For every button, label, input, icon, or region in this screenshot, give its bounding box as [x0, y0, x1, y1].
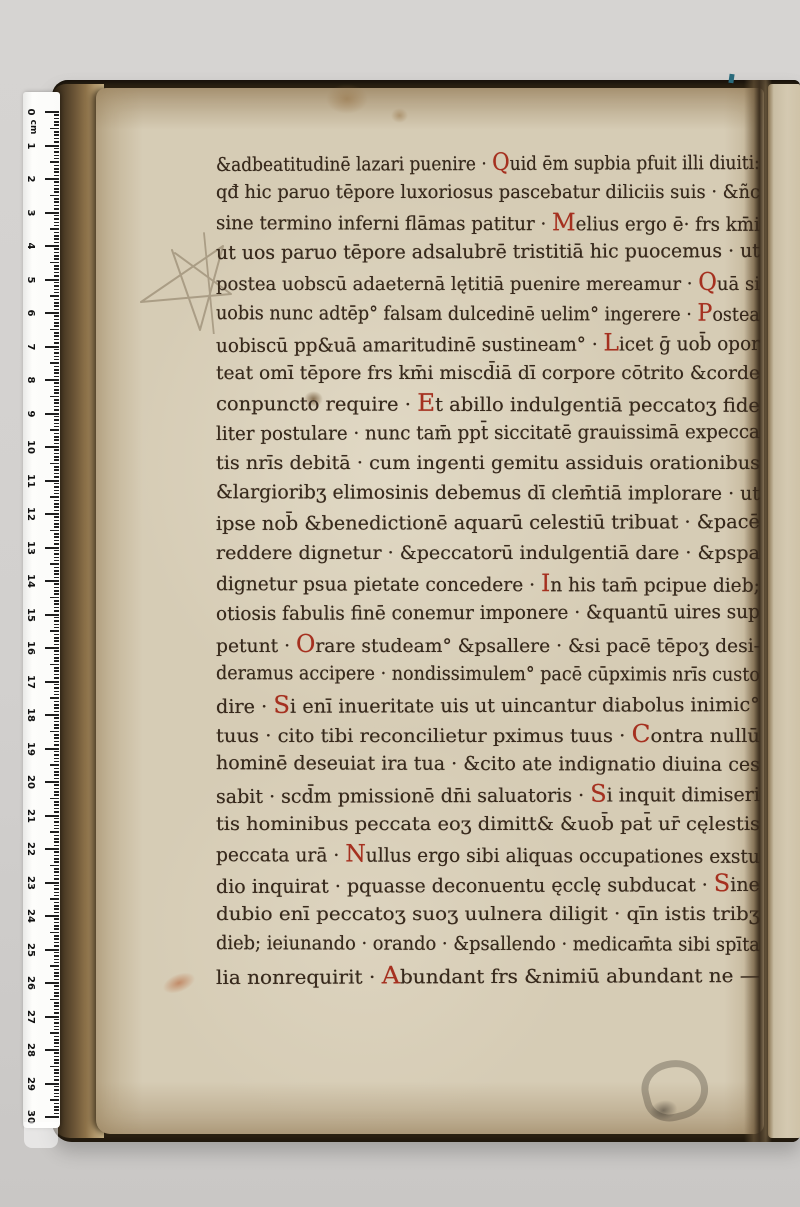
ruler-tick: [54, 155, 60, 157]
ruler-tick: [50, 731, 59, 733]
ink-text: ine: [730, 874, 760, 896]
ruler-tick: [54, 570, 60, 572]
ruler-tick: [54, 248, 60, 250]
ruler-number: 28: [24, 1043, 38, 1057]
ink-text: conpuncto require ·: [216, 393, 417, 416]
ink-text: icet ḡ uob̄ opor: [619, 333, 760, 356]
manuscript-line: liter postulare · nunc tam̄ ppt̄ siccita…: [216, 417, 760, 449]
ink-text: tis hominibus peccata eoʒ dimitt& &uob̄ …: [216, 813, 760, 835]
ruler-tick: [54, 908, 60, 910]
ruler-tick: [54, 168, 60, 170]
ruler-number: 8: [24, 373, 38, 387]
ruler-tick: [54, 1113, 60, 1115]
ruler-tick: [54, 540, 60, 542]
ruler-tick: [50, 999, 59, 1001]
rubric-initial: L: [603, 328, 619, 356]
ruler-number: 24: [24, 909, 38, 923]
ruler-tick: [54, 218, 60, 220]
ruler-tick: [54, 302, 60, 304]
ruler-tick: [50, 697, 59, 699]
ruler-tick: [54, 684, 60, 686]
ruler-tick: [54, 382, 60, 384]
ruler-tick: [54, 416, 60, 418]
ruler-tick: [54, 761, 60, 763]
ruler-tick: [54, 1086, 60, 1088]
ruler-tick: [54, 289, 60, 291]
ruler-tick: [54, 593, 60, 595]
ruler-tick: [54, 791, 60, 793]
ink-text: ipse nob̄ &benedictionē aquarū celestiū …: [216, 511, 760, 535]
ruler-tick: [45, 748, 59, 750]
ruler-tick: [54, 875, 60, 877]
ruler-tick: [54, 299, 60, 301]
ruler-tick: [54, 510, 60, 512]
ruler-tick: [54, 979, 60, 981]
ruler-tick: [54, 959, 60, 961]
ruler-tick: [54, 892, 60, 894]
ruler-tick: [54, 654, 60, 656]
ruler-number: 17: [24, 675, 38, 689]
ruler-tick: [54, 657, 60, 659]
ruler-tick: [54, 386, 60, 388]
rubric-initial: S: [273, 690, 290, 718]
ruler-tick: [54, 205, 60, 207]
ruler-tick: [54, 811, 60, 813]
ruler-tick: [45, 245, 59, 247]
rubric-initial: I: [541, 569, 550, 597]
rubric-initial: P: [697, 299, 712, 327]
ruler-tick: [50, 597, 59, 599]
ruler-number: 2: [24, 172, 38, 186]
ruler-tick: [54, 644, 60, 646]
ink-text: sabit · scd̄m pmissionē dn̄i saluatoris …: [216, 785, 590, 808]
ink-text: deramus accipere · nondissimulem° pacē c…: [216, 662, 760, 686]
ink-text: ullus ergo sibi aliquas occupationes exs…: [366, 845, 760, 868]
ruler-tick: [54, 466, 60, 468]
ink-text: petunt ·: [216, 635, 296, 657]
ruler-tick: [54, 918, 60, 920]
ruler-tick: [54, 339, 60, 341]
ruler-tick: [54, 285, 60, 287]
ruler-tick: [54, 768, 60, 770]
ruler-tick: [54, 282, 60, 284]
ruler-tick: [54, 449, 60, 451]
ruler-tick: [54, 985, 60, 987]
ruler-tick: [54, 439, 60, 441]
ruler-tick: [54, 352, 60, 354]
ruler-tick: [54, 473, 60, 475]
rubric-initial: O: [296, 630, 315, 658]
ruler-tick: [54, 771, 60, 773]
ruler-tick: [45, 982, 59, 984]
ink-text: &largioribʒ elimosinis debemus dī clem̄t…: [216, 481, 760, 505]
ruler-tick: [54, 1062, 60, 1064]
ruler-tick: [50, 496, 59, 498]
ruler-tick: [54, 131, 60, 133]
ruler-tick: [50, 530, 59, 532]
ink-text: hominē deseuiat ira tua · &cito ate indi…: [216, 752, 760, 776]
ruler-tick: [50, 362, 59, 364]
ink-text: elius ergo ē· frs km̄i: [576, 213, 760, 236]
ruler-tick: [50, 764, 59, 766]
ruler-tick: [54, 114, 60, 116]
ruler-tick: [54, 332, 60, 334]
rubric-initial: S: [590, 780, 607, 808]
ruler-number: 15: [24, 608, 38, 622]
ruler-tick: [54, 888, 60, 890]
ruler-tick: [50, 195, 59, 197]
ruler-tick: [54, 483, 60, 485]
ruler-tick: [50, 429, 59, 431]
ruler-tick: [50, 161, 59, 163]
manuscript-line: ut uos paruo tēpore adsalubrē tristitiā …: [216, 236, 760, 268]
ruler-number: 29: [24, 1077, 38, 1091]
manuscript-line: &largioribʒ elimosinis debemus dī clem̄t…: [216, 477, 760, 509]
ink-text: postea uobscū adaeternā lętitiā puenire …: [216, 273, 698, 295]
ruler-tick: [54, 1103, 60, 1105]
ruler-tick: [54, 1042, 60, 1044]
manuscript-line: uobiscū pp&uā amaritudinē sustineam° · L…: [216, 327, 760, 359]
ruler-tick: [54, 1072, 60, 1074]
ink-text: ut uos paruo tēpore adsalubrē tristitiā …: [216, 240, 760, 264]
ruler-tick: [54, 724, 60, 726]
ruler-tick: [54, 603, 60, 605]
ruler-tick: [54, 506, 60, 508]
ruler-tick: [45, 413, 59, 415]
ruler-tick: [54, 369, 60, 371]
ruler-tick: [54, 419, 60, 421]
ruler-tick: [50, 831, 59, 833]
ruler-tick: [54, 198, 60, 200]
ruler-tick: [45, 915, 59, 917]
ink-text: tis nrīs debitā · cum ingenti gemitu ass…: [216, 452, 760, 474]
ruler-tick: [54, 366, 60, 368]
ruler-number: 18: [24, 708, 38, 722]
rubric-initial: E: [417, 389, 435, 417]
ruler-tick: [54, 1005, 60, 1007]
ruler-number: 11: [24, 474, 38, 488]
ruler-tick: [54, 456, 60, 458]
manuscript-line: peccata urā · Nullus ergo sibi aliquas o…: [216, 838, 760, 870]
ruler-tick: [54, 222, 60, 224]
ruler-tick: [45, 279, 59, 281]
ruler-number: 20: [24, 775, 38, 789]
ruler-tick: [54, 268, 60, 270]
ruler-tick: [54, 905, 60, 907]
ink-text: dignetur psua pietate concedere ·: [216, 573, 541, 596]
ruler-tick: [54, 158, 60, 160]
ruler-tick: [54, 737, 60, 739]
ruler-tick: [54, 851, 60, 853]
ruler-number: 16: [24, 641, 38, 655]
ruler-tick: [50, 563, 59, 565]
ruler-tick: [54, 902, 60, 904]
ruler-tick: [54, 607, 60, 609]
ruler-tick: [54, 134, 60, 136]
manuscript-line: dieb; ieiunando · orando · &psallendo · …: [216, 929, 760, 961]
ink-text: tuus · cito tibi reconcilietur pximus tu…: [216, 725, 632, 747]
ruler-tick: [45, 178, 59, 180]
ruler-tick: [54, 523, 60, 525]
ruler-tick: [54, 938, 60, 940]
ruler-tick: [54, 426, 60, 428]
ink-text: n his tam̄ pcipue dieb;: [550, 575, 760, 598]
ruler-tick: [54, 841, 60, 843]
ruler-number: 10: [24, 440, 38, 454]
ruler-tick: [54, 674, 60, 676]
ruler-tick: [54, 835, 60, 837]
ruler-tick: [54, 935, 60, 937]
ruler-tick: [50, 463, 59, 465]
ruler-tick: [54, 469, 60, 471]
rubric-initial: A: [382, 961, 400, 989]
ruler-tick: [54, 148, 60, 150]
ink-text: dio inquirat · pquasse deconuentu ęcclę …: [216, 874, 714, 898]
manuscript-line: dio inquirat · pquasse deconuentu ęcclę …: [216, 868, 760, 900]
ruler-number: 6: [24, 306, 38, 320]
ruler-tick: [54, 315, 60, 317]
cm-ruler: 0123456789101112131415161718192021222324…: [23, 92, 60, 1128]
manuscript-line: sabit · scd̄m pmissionē dn̄i saluatoris …: [216, 778, 760, 810]
ruler-tick: [54, 1089, 60, 1091]
ruler-tick: [54, 784, 60, 786]
manuscript-line: reddere dignetur · &peccatorū indulgenti…: [216, 538, 760, 568]
ruler-tick: [54, 1069, 60, 1071]
ruler-tick: [54, 567, 60, 569]
rubric-initial: Q: [492, 148, 510, 176]
ruler-number: 0: [24, 105, 38, 119]
manuscript-line: hominē deseuiat ira tua · &cito ate indi…: [216, 748, 760, 780]
ruler-tick: [54, 660, 60, 662]
ruler-tick: [54, 1079, 60, 1081]
ruler-tick: [45, 681, 59, 683]
ruler-tick: [54, 1106, 60, 1108]
ruler-tick: [54, 436, 60, 438]
ruler-tick: [54, 493, 60, 495]
ruler-tick: [54, 305, 60, 307]
manuscript-line: tuus · cito tibi reconcilietur pximus tu…: [216, 719, 760, 749]
ruler-tick: [54, 952, 60, 954]
ink-text: dieb; ieiunando · orando · &psallendo · …: [216, 933, 760, 957]
manuscript-line: tis nrīs debitā · cum ingenti gemitu ass…: [216, 448, 760, 478]
ruler-tick: [54, 141, 60, 143]
ruler-tick: [54, 376, 60, 378]
ruler-tick: [54, 191, 60, 193]
ruler-tick: [54, 667, 60, 669]
ink-text: uā si: [717, 273, 760, 295]
rubric-initial: Q: [698, 268, 717, 296]
ruler-tick: [54, 992, 60, 994]
ruler-tick: [54, 349, 60, 351]
ink-text: i inquit dimiseri: [607, 784, 760, 807]
rubric-initial: S: [714, 869, 731, 897]
ruler-number: 9: [24, 407, 38, 421]
ruler-tick: [54, 201, 60, 203]
ruler-tick: [54, 677, 60, 679]
rubric-initial: N: [345, 840, 366, 868]
ruler-tick: [50, 295, 59, 297]
ruler-tick: [54, 409, 60, 411]
ruler-tick: [54, 181, 60, 183]
ruler-tick: [54, 694, 60, 696]
ruler-tick: [54, 443, 60, 445]
ruler-tick: [54, 640, 60, 642]
ink-text: uobis nunc adtēp° falsam dulcedinē uelim…: [216, 303, 697, 327]
ruler-tick: [54, 744, 60, 746]
ruler-tick: [54, 721, 60, 723]
ruler-tick: [45, 848, 59, 850]
ruler-number: 7: [24, 340, 38, 354]
ruler-tick: [54, 912, 60, 914]
ruler-number: 30: [24, 1110, 38, 1124]
ruler-tick: [54, 490, 60, 492]
ruler-tick: [54, 583, 60, 585]
ruler-tick: [50, 898, 59, 900]
ruler-tick: [54, 788, 60, 790]
ruler-tick: [45, 1016, 59, 1018]
ruler-tick: [54, 503, 60, 505]
ruler-number: 12: [24, 507, 38, 521]
ruler-tick: [54, 325, 60, 327]
ruler-tick: [54, 1029, 60, 1031]
ruler-tick: [45, 815, 59, 817]
ruler-tick: [50, 128, 59, 130]
ruler-tick: [54, 691, 60, 693]
ruler-tick: [54, 650, 60, 652]
ruler-tick: [54, 1056, 60, 1058]
ink-text: bundant frs &nimiū abundant ne —: [400, 964, 760, 987]
ruler-tick: [54, 707, 60, 709]
ruler-tick: [54, 272, 60, 274]
ruler-number: 19: [24, 742, 38, 756]
ruler-tick: [45, 379, 59, 381]
manuscript-line: dire · Si enī inueritate uis ut uincantu…: [216, 688, 760, 720]
manuscript-line: sine termino inferni flāmas patitur · Me…: [216, 206, 760, 238]
ruler-tick: [54, 838, 60, 840]
ruler-tick: [54, 687, 60, 689]
ruler-tick: [54, 804, 60, 806]
ruler-tick: [54, 1109, 60, 1111]
ruler-tick: [54, 751, 60, 753]
ruler-number: 23: [24, 876, 38, 890]
ruler-tick: [54, 818, 60, 820]
ruler-number: 25: [24, 943, 38, 957]
ruler-tick: [45, 346, 59, 348]
ruler-tick: [54, 242, 60, 244]
ruler-tick: [54, 868, 60, 870]
ruler-tick: [50, 965, 59, 967]
ruler-tick: [54, 500, 60, 502]
ruler-tick: [45, 949, 59, 951]
manuscript-text: &adbeatitudinē lazari puenire · Quid ēm …: [216, 147, 760, 999]
ruler-tick: [54, 624, 60, 626]
ruler-tick: [54, 557, 60, 559]
ruler-tick: [54, 1059, 60, 1061]
ink-text: uid ēm supbia pfuit illi diuiti:: [510, 152, 760, 175]
manuscript-line: uobis nunc adtēp° falsam dulcedinē uelim…: [216, 297, 760, 329]
ruler-tick: [54, 550, 60, 552]
manuscript-line: deramus accipere · nondissimulem° pacē c…: [216, 658, 760, 690]
ruler-number: 22: [24, 842, 38, 856]
ruler-tick: [45, 580, 59, 582]
ruler-tick: [54, 590, 60, 592]
ruler-tick: [54, 520, 60, 522]
ruler-tick: [54, 711, 60, 713]
ruler-tick: [54, 1052, 60, 1054]
ruler-tick: [54, 825, 60, 827]
ink-text: peccata urā ·: [216, 844, 345, 866]
ruler-tick: [54, 995, 60, 997]
ruler-unit-label: cm: [27, 120, 39, 134]
ruler-tick: [45, 882, 59, 884]
ruler-tick: [54, 526, 60, 528]
ruler-tick: [54, 118, 60, 120]
ruler-tick: [54, 878, 60, 880]
ruler-number: 26: [24, 976, 38, 990]
ruler-tick: [54, 922, 60, 924]
ruler-tick: [54, 486, 60, 488]
ruler-tick: [54, 138, 60, 140]
ruler-tick: [54, 634, 60, 636]
ruler-tick: [54, 637, 60, 639]
manuscript-line: otiosis fabulis finē conemur imponere · …: [216, 597, 760, 629]
ruler-tick: [54, 855, 60, 857]
ink-text: qđ hic paruo tēpore luxoriosus pascebatu…: [216, 181, 760, 203]
ruler-tick: [54, 1026, 60, 1028]
ruler-tick: [45, 547, 59, 549]
ruler-tick: [54, 1039, 60, 1041]
ruler-tick: [54, 617, 60, 619]
manuscript-line: petunt · Orare studeam° &psallere · &si …: [216, 629, 760, 659]
ruler-tick: [54, 741, 60, 743]
ruler-tick: [54, 871, 60, 873]
ruler-tick: [54, 972, 60, 974]
ink-text: i enī inueritate uis ut uincantur diabol…: [290, 694, 760, 718]
ruler-number: 5: [24, 273, 38, 287]
ruler-tick: [54, 754, 60, 756]
ruler-tick: [45, 446, 59, 448]
ruler-tick: [50, 396, 59, 398]
ruler-tick: [54, 292, 60, 294]
ruler-tick: [50, 1099, 59, 1101]
ruler-tick: [45, 1083, 59, 1085]
ruler-tick: [54, 356, 60, 358]
ruler-tick: [54, 275, 60, 277]
ruler-tick: [54, 801, 60, 803]
ruler-tick: [54, 175, 60, 177]
ruler-tick: [50, 798, 59, 800]
ruler-tick: [50, 228, 59, 230]
manuscript-line: dignetur psua pietate concedere · In his…: [216, 567, 760, 599]
ink-text: dire ·: [216, 696, 273, 718]
ruler-tick: [45, 647, 59, 649]
ruler-tick: [54, 627, 60, 629]
ruler-tick: [54, 1022, 60, 1024]
ruler-tick: [54, 359, 60, 361]
ruler-tick: [54, 955, 60, 957]
ruler-number: 4: [24, 239, 38, 253]
ruler-tick: [54, 573, 60, 575]
ruler-tick: [45, 1116, 59, 1118]
ruler-tick: [54, 587, 60, 589]
ruler-tick: [50, 630, 59, 632]
ruler-tick: [54, 185, 60, 187]
ruler-tick: [54, 309, 60, 311]
ruler-tick: [54, 533, 60, 535]
ruler-tick: [54, 319, 60, 321]
ruler-tick: [54, 536, 60, 538]
ruler-tick: [54, 165, 60, 167]
